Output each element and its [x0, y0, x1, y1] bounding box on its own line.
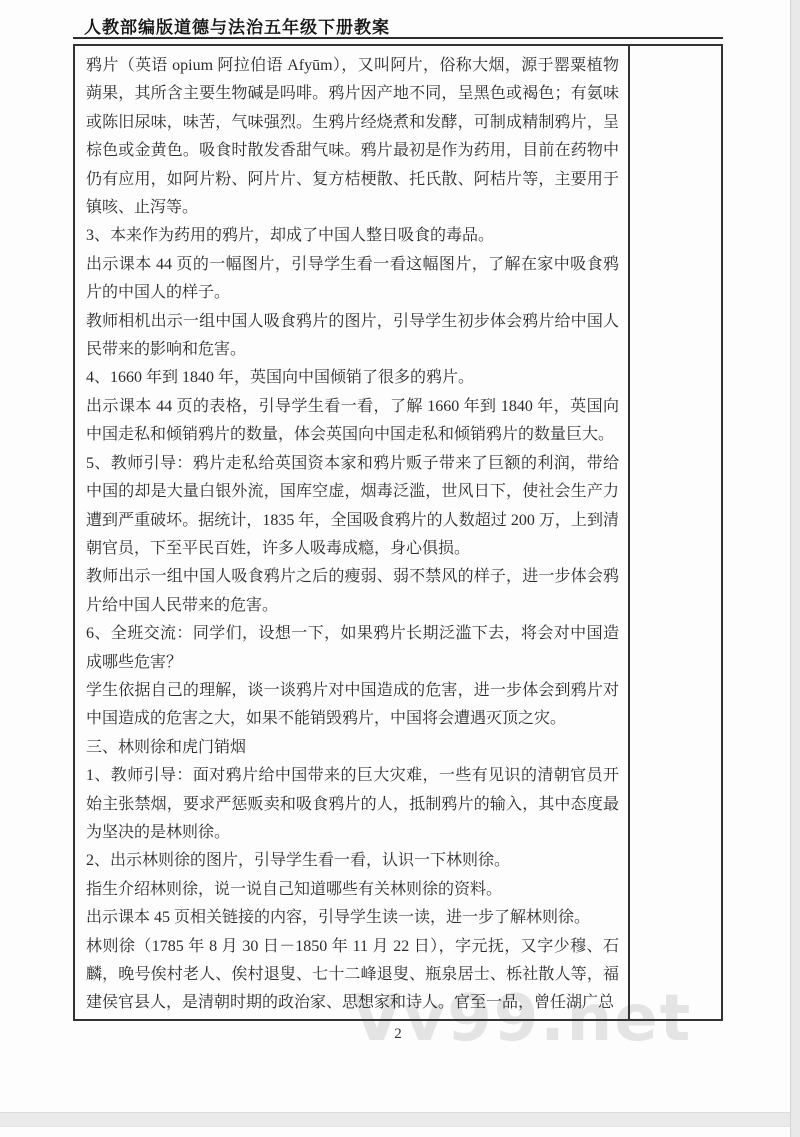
page-number: 2 — [0, 1026, 796, 1043]
paragraph: 出示课本 44 页的表格，引导学生看一看，了解 1660 年到 1840 年，英… — [86, 393, 619, 450]
paragraph: 出示课本 45 页相关链接的内容，引导学生读一读，进一步了解林则徐。 — [86, 904, 619, 932]
paragraph: 1、教师引导：面对鸦片给中国带来的巨大灾难，一些有见识的清朝官员开始主张禁烟，要… — [86, 762, 619, 847]
page-gap-divider — [0, 1112, 800, 1127]
paragraph: 教师相机出示一组中国人吸食鸦片的图片，引导学生初步体会鸦片给中国人民带来的影响和… — [86, 308, 619, 365]
paragraph: 4、1660 年到 1840 年，英国向中国倾销了很多的鸦片。 — [86, 364, 619, 392]
paragraph: 学生依据自己的理解，谈一谈鸦片对中国造成的危害，进一步体会到鸦片对中国造成的危害… — [86, 677, 619, 734]
page-right-margin — [790, 0, 800, 1137]
header-divider — [73, 37, 723, 39]
table-side-column — [628, 46, 721, 1019]
page-header-title: 人教部编版道德与法治五年级下册教案 — [84, 13, 390, 38]
paragraph: 出示课本 44 页的一幅图片，引导学生看一看这幅图片，了解在家中吸食鸦片的中国人… — [86, 251, 619, 308]
paragraph: 5、教师引导：鸦片走私给英国资本家和鸦片贩子带来了巨额的利润，带给中国的却是大量… — [86, 450, 619, 564]
paragraph: 鸦片（英语 opium 阿拉伯语 Afyūm），又叫阿片，俗称大烟，源于罂粟植物… — [86, 52, 619, 222]
paragraph: 林则徐（1785 年 8 月 30 日－1850 年 11 月 22 日），字元… — [86, 933, 619, 1018]
paragraph: 三、林则徐和虎门销烟 — [86, 734, 619, 762]
lesson-content-cell: 鸦片（英语 opium 阿拉伯语 Afyūm），又叫阿片，俗称大烟，源于罂粟植物… — [75, 46, 628, 1019]
paragraph: 2、出示林则徐的图片，引导学生看一看，认识一下林则徐。 — [86, 847, 619, 875]
paragraph: 指生介绍林则徐，说一说自己知道哪些有关林则徐的资料。 — [86, 876, 619, 904]
lesson-plan-table: 鸦片（英语 opium 阿拉伯语 Afyūm），又叫阿片，俗称大烟，源于罂粟植物… — [73, 44, 723, 1021]
paragraph: 6、全班交流：同学们，设想一下，如果鸦片长期泛滥下去，将会对中国造成哪些危害？ — [86, 620, 619, 677]
paragraph: 教师出示一组中国人吸食鸦片之后的瘦弱、弱不禁风的样子，进一步体会鸦片给中国人民带… — [86, 563, 619, 620]
paragraph: 3、本来作为药用的鸦片，却成了中国人整日吸食的毒品。 — [86, 222, 619, 250]
